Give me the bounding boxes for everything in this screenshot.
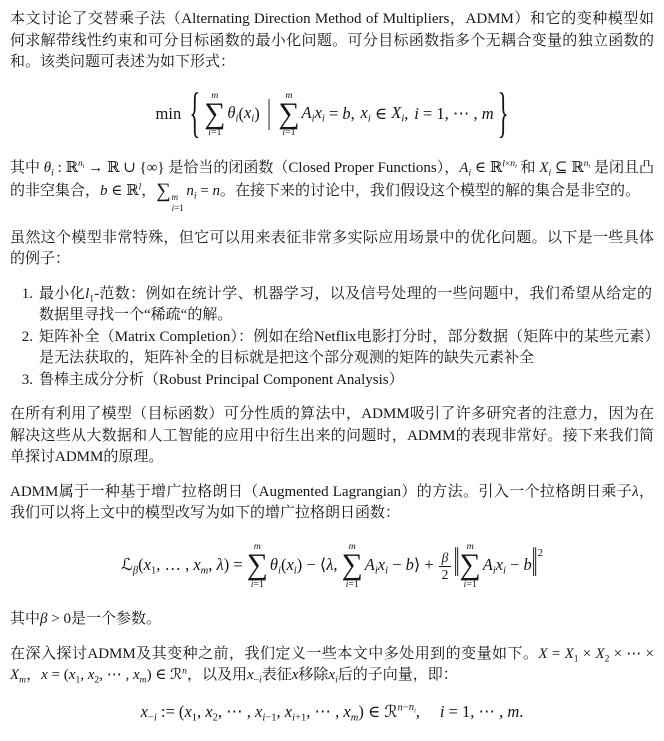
math-variable: A: [365, 555, 375, 574]
math-variable: n: [213, 183, 221, 199]
math-variable: β: [40, 611, 47, 627]
math-delimiter: ‖: [454, 548, 460, 583]
math-base: n: [186, 183, 194, 199]
math-variable: b: [100, 183, 108, 199]
text-run: ,: [404, 103, 408, 122]
text-run: ) − ⟨: [297, 555, 327, 574]
fraction-denominator: 2: [439, 566, 451, 583]
math-variable: m: [140, 674, 147, 685]
math-base: x: [141, 702, 148, 721]
math-variable: x: [247, 667, 254, 683]
math-scripted-expression: xi: [328, 667, 337, 683]
subscript: i=1: [172, 203, 184, 215]
math-base: ℛ: [384, 702, 397, 721]
math-sum-operator: m∑i=1: [204, 91, 225, 139]
text-run: := (: [157, 702, 185, 721]
text-run: 其中: [10, 611, 40, 627]
math-base: x: [285, 702, 292, 721]
math-delimiter: {: [189, 91, 200, 137]
math-variable: x: [286, 555, 293, 574]
math-variable: b: [524, 555, 532, 574]
math-scripted-expression: xm: [193, 555, 208, 574]
text-run: , ⋯ ,: [306, 702, 343, 721]
text-run: ℛ: [384, 702, 397, 721]
math-base: x: [133, 667, 140, 683]
text-run: ℝ: [490, 160, 502, 176]
text-run: ∈: [471, 160, 490, 176]
math-base: x: [286, 555, 293, 574]
admm-motivation-paragraph: 在所有利用了模型（目标函数）可分性质的算法中，ADMM吸引了许多研究者的注意力，…: [10, 404, 654, 469]
math-scripted-expression: θi: [44, 160, 54, 176]
math-scripted-expression: Ai: [483, 555, 496, 574]
math-variable: x: [496, 555, 503, 574]
math-base: ℛ: [170, 667, 182, 683]
sigma-symbol: ∑: [460, 552, 481, 579]
math-variable: m: [172, 192, 179, 202]
list-marker: 1.: [17, 284, 33, 327]
math-variable: x: [285, 702, 292, 721]
math-sum-operator: m∑i=1: [247, 542, 268, 590]
math-scripted-expression: Xm: [10, 667, 26, 683]
math-base: x: [315, 103, 322, 122]
math-sum-operator: m∑i=1: [278, 91, 299, 139]
math-base: X: [391, 103, 401, 122]
math-variable: x: [315, 103, 322, 122]
math-base: A: [302, 103, 312, 122]
math-sum-lower-limit: i=1: [208, 128, 221, 138]
subscript: i+1: [292, 712, 306, 723]
text-run: ): [254, 103, 260, 122]
text-run: ,: [208, 555, 216, 574]
math-scripted-expression: xm: [343, 702, 358, 721]
math-scripted-expression: Ai: [459, 160, 471, 176]
math-scripted-expression: x−i: [247, 667, 262, 683]
math-variable: n: [186, 183, 194, 199]
subscript: i−1: [262, 712, 276, 723]
text-run: → ℝ ∪ {∞} 是恰当的闭函数（Closed Proper Function…: [84, 160, 459, 176]
text-run: 矩阵补全（Matrix Completion）：例如在给Netflix电影打分时…: [39, 329, 652, 367]
text-run: 2: [538, 547, 543, 559]
text-run: = 1, ⋯ ,: [419, 103, 482, 122]
math-base: x: [247, 667, 254, 683]
text-run: = (: [48, 667, 69, 683]
list-item-text: 鲁棒主成分分析（Robust Principal Component Analy…: [39, 370, 654, 392]
text-run: 移除: [298, 667, 328, 683]
text-run: ,: [351, 103, 355, 122]
math-scripted-expression: x2: [205, 702, 218, 721]
text-run: ，以及用: [187, 667, 247, 683]
superscript: l×ni: [502, 158, 517, 169]
math-variable: x: [205, 702, 212, 721]
math-scripted-expression: x1: [184, 702, 197, 721]
text-run: ) ∈: [147, 667, 171, 683]
text-run: :: [54, 160, 66, 176]
math-sum-operator: m∑i=1: [342, 542, 363, 590]
math-scripted-expression: xi−1: [255, 702, 277, 721]
list-marker: 2.: [17, 327, 33, 370]
math-sum-operator: m∑i=1: [460, 542, 481, 590]
list-item-text: 矩阵补全（Matrix Completion）：例如在给Netflix电影打分时…: [39, 327, 654, 370]
text-run: .: [519, 702, 523, 721]
math-base: x: [144, 555, 151, 574]
text-run: ℝ: [66, 160, 78, 176]
text-run: ∈: [108, 183, 127, 199]
text-run: ) =: [224, 555, 247, 574]
list-item: 3.鲁棒主成分分析（Robust Principal Component Ana…: [10, 370, 654, 392]
math-variable: x: [361, 103, 368, 122]
text-run: ∑: [156, 181, 170, 201]
math-variable: x: [141, 702, 148, 721]
text-run: =1: [253, 579, 264, 590]
text-run: 是一个参数。: [71, 611, 161, 627]
text-run: =1: [174, 203, 184, 213]
math-scripted-expression: X2: [595, 646, 609, 662]
text-run: =1: [211, 127, 222, 138]
augmented-lagrangian-formula: ℒβ(x1, … , xm, λ) = m∑i=1θi(xi) − ⟨λ, m∑…: [10, 538, 654, 594]
notation-paragraph: 在深入探讨ADMM及其变种之前，我们定义一些本文中多处用到的变量如下。X = X…: [10, 644, 654, 687]
math-script-letter: X: [10, 667, 19, 683]
examples-list: 1.最小化l1-范数：例如在统计学、机器学习，以及信号处理的一些问题中，我们希望…: [10, 284, 654, 392]
math-delimiter: }: [498, 91, 509, 137]
math-base: X: [10, 667, 19, 683]
text-run: 后的子向量，即：: [338, 667, 458, 683]
text-run: 表征: [262, 667, 292, 683]
text-run: ∈: [371, 103, 391, 122]
sigma-symbol: ∑: [247, 552, 268, 579]
math-base: θ: [270, 555, 278, 574]
math-base: ℒ: [121, 555, 133, 574]
math-base: ℝ: [571, 160, 583, 176]
beta-parameter-paragraph: 其中β > 0是一个参数。: [10, 609, 654, 631]
math-variable: x: [133, 667, 140, 683]
sigma-symbol: ∑: [204, 101, 225, 128]
text-run: = 1, ⋯ ,: [444, 702, 507, 721]
text-run: −: [506, 555, 524, 574]
text-run: =: [197, 183, 213, 199]
math-base: θ: [227, 103, 235, 122]
math-sum-lower-limit: i=1: [464, 580, 477, 590]
text-run: ，: [141, 183, 156, 199]
subscript: −i: [254, 674, 262, 685]
math-fraction: β2: [439, 550, 451, 582]
math-variable: m: [482, 103, 494, 122]
math-delimiter: |: [267, 100, 271, 129]
model-explanation-paragraph: 其中 θi : ℝni → ℝ ∪ {∞} 是恰当的闭函数（Closed Pro…: [10, 158, 654, 215]
math-scripted-expression: xi: [378, 555, 388, 574]
examples-intro-paragraph: 虽然这个模型非常特殊，但它可以用来表征非常多实际应用场景中的优化问题。以下是一些…: [10, 228, 654, 271]
math-sum-lower-limit: i=1: [251, 580, 264, 590]
text-run: =: [325, 103, 343, 122]
text-run: × ⋯ ×: [609, 646, 654, 662]
text-run: ,: [277, 702, 285, 721]
text-run: ℛ: [170, 667, 182, 683]
math-scripted-expression: ni: [409, 702, 416, 713]
article-body: 本文讨论了交替乘子法（Alternating Direction Method …: [10, 9, 654, 724]
superscript: n−ni: [398, 702, 416, 713]
text-run: 其中: [10, 160, 44, 176]
text-run: ×: [579, 646, 596, 662]
math-variable: A: [483, 555, 493, 574]
math-base: X: [595, 646, 604, 662]
math-base: x: [343, 702, 350, 721]
text-run: 和: [517, 160, 540, 176]
text-run: > 0: [48, 611, 71, 627]
math-variable: m: [507, 702, 519, 721]
list-marker: 3.: [17, 370, 33, 392]
math-scripted-expression: ℛn−ni: [384, 702, 416, 721]
math-base: X: [565, 646, 574, 662]
math-script-letter: X: [595, 646, 604, 662]
math-scripted-expression: ∑mi=1: [156, 183, 183, 199]
math-base: A: [365, 555, 375, 574]
sigma-symbol: ∑: [342, 552, 363, 579]
text-run: =1: [466, 579, 477, 590]
superscript: m: [172, 192, 184, 204]
math-base: A: [483, 555, 493, 574]
text-run: ℝ: [126, 183, 138, 199]
text-run: =1: [348, 579, 359, 590]
text-run: 在深入探讨ADMM及其变种之前，我们定义一些本文中多处用到的变量如下。: [10, 646, 538, 662]
math-scripted-expression: x1: [144, 555, 157, 574]
math-scripted-expression: ℛn: [170, 667, 187, 683]
text-run: 。在接下来的讨论中，我们假设这个模型的解的集合是非空的。: [220, 183, 640, 199]
math-variable: b: [406, 555, 414, 574]
math-scripted-expression: Ai: [365, 555, 378, 574]
text-run: 最小化: [39, 286, 85, 302]
fraction-numerator: β: [439, 550, 451, 566]
math-variable: θ: [270, 555, 278, 574]
math-scripted-expression: xm: [133, 667, 147, 683]
sigma-symbol: ∑: [278, 101, 299, 128]
math-sum-lower-limit: i=1: [346, 580, 359, 590]
math-variable: x: [144, 555, 151, 574]
intro-paragraph: 本文讨论了交替乘子法（Alternating Direction Method …: [10, 9, 654, 74]
text-run: +1: [295, 712, 306, 723]
text-run: ,: [416, 702, 420, 721]
subscript: −i: [148, 712, 157, 723]
list-item-text: 最小化l1-范数：例如在统计学、机器学习，以及信号处理的一些问题中，我们希望从给…: [39, 284, 654, 327]
math-scripted-expression: xi: [315, 103, 325, 122]
math-script-letter: X: [391, 103, 401, 122]
math-variable: x: [343, 702, 350, 721]
text-run: 本文讨论了交替乘子法（Alternating Direction Method …: [10, 11, 654, 70]
text-run: ⊆: [551, 160, 571, 176]
text-run: 虽然这个模型非常特殊，但它可以用来表征非常多实际应用场景中的优化问题。以下是一些…: [10, 230, 654, 268]
article: 本文讨论了交替乘子法（Alternating Direction Method …: [0, 0, 664, 724]
math-base: ℝ: [490, 160, 502, 176]
math-scripted-expression: ℝni: [571, 160, 590, 176]
text-run: =: [548, 646, 565, 662]
math-variable: x: [193, 555, 200, 574]
math-variable: β: [442, 550, 449, 565]
list-item: 1.最小化l1-范数：例如在统计学、机器学习，以及信号处理的一些问题中，我们希望…: [10, 284, 654, 327]
math-scripted-expression: x2: [88, 667, 99, 683]
math-variable: x: [41, 667, 48, 683]
text-run: 2: [442, 567, 449, 582]
text-run: 鲁棒主成分分析（Robust Principal Component Analy…: [39, 372, 404, 388]
augmented-lagrangian-intro-paragraph: ADMM属于一种基于增广拉格朗日（Augmented Lagrangian）的方…: [10, 482, 654, 525]
math-scripted-expression: Xi: [391, 103, 404, 122]
math-base: ∑: [156, 183, 170, 199]
math-base: ℝ: [66, 160, 78, 176]
math-variable: A: [302, 103, 312, 122]
math-variable: λ: [217, 555, 224, 574]
text-run: ,: [80, 667, 88, 683]
text-run: , ⋯ ,: [218, 702, 255, 721]
list-item: 2.矩阵补全（Matrix Completion）：例如在给Netflix电影打…: [10, 327, 654, 370]
text-run: -范数：例如在统计学、机器学习，以及信号处理的一些问题中，我们希望从给定的数据里…: [39, 286, 652, 324]
text-run: =1: [285, 127, 296, 138]
math-scripted-expression: xi+1: [285, 702, 307, 721]
text-run: 在所有利用了模型（目标函数）可分性质的算法中，ADMM吸引了许多研究者的注意力，…: [10, 406, 654, 465]
text-run: , ⋯ ,: [99, 667, 133, 683]
math-scripted-expression: θi: [227, 103, 238, 122]
math-scripted-expression: xi: [496, 555, 506, 574]
text-run: ℒ: [121, 555, 133, 574]
min-problem-formula: min{m∑i=1θi(xi)|m∑i=1Aixi = b,xi ∈ Xi,i …: [10, 87, 654, 143]
math-variable: θ: [227, 103, 235, 122]
text-run: ,: [333, 555, 341, 574]
math-scripted-expression: x−i: [141, 702, 157, 721]
math-variable: x: [184, 702, 191, 721]
math-scripted-expression: ℝl: [126, 183, 141, 199]
math-side-scripts: mi=1: [172, 192, 184, 215]
subvector-definition-formula: x−i := (x1, x2, ⋯ , xi−1, xi+1, ⋯ , xm) …: [10, 700, 654, 725]
math-scripted-expression: xi: [286, 555, 296, 574]
text-run: min: [156, 103, 182, 122]
math-scripted-expression: Xi: [539, 160, 551, 176]
math-scripted-expression: ℝni: [66, 160, 85, 176]
math-base: x: [205, 702, 212, 721]
math-scripted-expression: l1: [85, 286, 94, 302]
text-run: , … ,: [156, 555, 193, 574]
text-run: ADMM属于一种基于增广拉格朗日（Augmented Lagrangian）的方…: [10, 484, 632, 500]
math-base: x: [193, 555, 200, 574]
text-run: ⟩ +: [414, 555, 438, 574]
math-script-letter: X: [538, 646, 547, 662]
text-run: −: [388, 555, 406, 574]
math-scripted-expression: ni: [186, 183, 196, 199]
math-script-letter: X: [565, 646, 574, 662]
text-run: ，: [26, 667, 41, 683]
math-base: ℝ: [126, 183, 138, 199]
math-scripted-expression: θi: [270, 555, 281, 574]
math-scripted-expression: x1: [69, 667, 80, 683]
math-scripted-expression: ℝl×ni: [490, 160, 517, 176]
math-scripted-expression: xi: [361, 103, 371, 122]
math-sum-lower-limit: i=1: [282, 128, 295, 138]
text-run: ℝ: [571, 160, 583, 176]
math-scripted-expression: xi: [244, 103, 254, 122]
text-run: ) ∈: [358, 702, 384, 721]
math-base: x: [361, 103, 368, 122]
math-scripted-expression: X1: [565, 646, 579, 662]
math-variable: b: [342, 103, 350, 122]
subscript: m: [140, 674, 147, 685]
math-scripted-expression: Ai: [302, 103, 315, 122]
math-exponent: 2: [538, 548, 543, 559]
math-base: x: [496, 555, 503, 574]
math-scripted-expression: ℒβ: [121, 555, 138, 574]
math-base: x: [184, 702, 191, 721]
text-run: −1: [265, 712, 276, 723]
